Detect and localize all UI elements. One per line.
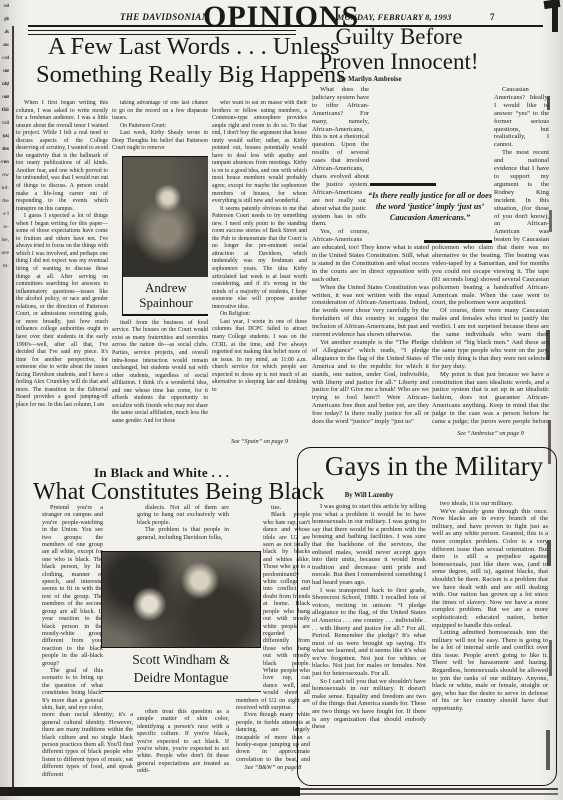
edge-fragment: nd- [0,182,9,195]
scan-artifact [549,640,552,676]
edge-fragment: the [0,195,9,208]
paragraph: So I can't tell you that we shouldn't ha… [312,678,426,731]
bottom-scan-line [300,788,558,790]
paragraph: Of course, there were many Caucasian mal… [432,307,549,370]
paper-name: THE DAVIDSONIAN [120,12,209,22]
edge-fragment: ow- [0,156,9,169]
edge-fragment: out [0,52,9,65]
edge-fragment: the [0,104,9,117]
scan-artifact [546,730,550,770]
paragraph: Last year, I wrote in one of these colum… [212,319,307,394]
column-text-above-photo: taking advantage of one last chance to g… [112,100,208,153]
column-text: What does the judiciary system have to o… [312,86,429,426]
edge-fragment: w- [0,221,9,234]
paragraph: Yet another example is the “The Pledge o… [312,339,429,426]
scan-artifact [548,420,551,464]
paragraph: I was transported back to first grade, S… [312,587,426,678]
paragraph: I guess I expected a lot of things when … [16,213,108,409]
bottom-scan-band [0,787,300,796]
edge-fragment: ow [0,169,9,182]
paragraph: Caucasian Americans? Ideally, I would li… [432,86,549,149]
byline: By Will Lazenby [312,492,426,499]
column-text-below-photo: itself from the business of food service… [112,320,208,426]
edge-fragment: aw [0,39,9,52]
photo-caption: Andrew Spainhour [123,277,208,315]
page-fold-line [12,26,14,788]
article-column: taking advantage of one last chance to g… [112,100,208,458]
photo-wrap-spacer [236,538,263,694]
article-headline-line1: Guilty Before [296,24,502,50]
paragraph: often treat this question as a simple ma… [137,708,229,775]
edge-fragment: as [0,26,9,39]
paragraph: When the United States Constitution was … [312,284,429,339]
edge-fragment: m- [0,260,9,273]
page-number: 7 [490,12,495,22]
pull-quote-rule-bottom [424,240,492,243]
caption-line: Andrew [123,280,208,295]
paragraph: dialects. Not all of them are going to h… [137,504,229,526]
edge-fragment: e I [0,208,9,221]
continuation-line: See “Spain” on page 9 [212,438,307,445]
paragraph: On Religion: [212,311,307,319]
article-column: When I first began writing this column, … [16,100,108,458]
edge-fragment: wl [0,0,9,13]
edge-fragment: ers [0,143,9,156]
article-headline: What Constitutes Being Black [33,479,324,506]
article-column: who want to eat en masse with their brot… [212,100,307,436]
scan-artifact [552,6,558,32]
article-headline: Gays in the Military [298,451,556,482]
column-text: Caucasian Americans? Ideally, I would li… [432,86,549,426]
edge-fragment: ys, [0,130,9,143]
scan-artifact [547,96,550,110]
byline: By Marilyn Ambroise [312,76,428,83]
scan-artifact [549,210,552,232]
paragraph: two ideals, it is our military. [432,500,548,508]
paragraph: My point is that just because we have a … [432,371,549,426]
article-gays-military-box: Gays in the Military By Will Lazenby I w… [297,447,557,786]
bottom-scan-line [300,793,558,795]
pull-quote: “Is there really justice for all or does… [366,190,494,223]
edge-fragment: ser [0,65,9,78]
photo-box-andrew-spainhour: Andrew Spainhour [122,156,208,316]
paragraph: On Patterson Court: [112,123,208,131]
paragraph: taking advantage of one last chance to g… [112,100,208,123]
article-column: Caucasian Americans? Ideally, I would li… [432,86,549,426]
article-column: two ideals, it is our military.We've alr… [432,500,548,775]
photo-andrew-spainhour [123,157,208,277]
scan-artifact [546,330,550,360]
scan-artifact [547,540,551,566]
continuation-line: See “Ambroise” on page 9 [432,430,549,437]
paragraph: Letting admitted homosexuals into the mi… [432,629,548,713]
paragraph: It seems patently obvious to me that Pat… [212,206,307,312]
paragraph: We've already gone through this once. No… [432,508,548,630]
edge-fragment: lse, [0,234,9,247]
paragraph: itself from the business of food service… [112,320,208,426]
paragraph: Last week, Kirby Shealy wrote in Deep Th… [112,130,208,153]
article-column: What does the judiciary system have to o… [312,86,429,442]
paragraph: I was going to start this article by tel… [312,503,426,587]
article-column: I was going to start this article by tel… [312,503,426,775]
paragraph: The problem is that people in general, i… [137,526,229,541]
edge-fragment: nly [0,78,9,91]
edge-fragment: ave [0,247,9,260]
page-edge-text-fragments-bottom: wlgeasawoutsernlyouttherouys,ersow-ownd-… [0,0,9,300]
newspaper-page-scan: ekJ.o.datoldseCCIcattheen wlgeasawoutser… [0,0,563,800]
column-text-below-photo: often treat this question as a simple ma… [137,708,229,790]
edge-fragment: ge [0,13,9,26]
article-headline-line2: Proven Innocent! [296,49,502,75]
paragraph: When I first began writing this column, … [16,100,108,213]
paragraph: who want to eat en masse with their brot… [212,100,307,206]
pull-quote-rule-top [370,183,436,186]
edge-fragment: out [0,91,9,104]
issue-date: MONDAY, FEBRUARY 8, 1993 [337,13,451,22]
caption-line: Spainhour [123,295,208,310]
column-text-above-photo: dialects. Not all of them are going to h… [137,504,229,550]
edge-fragment: rou [0,117,9,130]
